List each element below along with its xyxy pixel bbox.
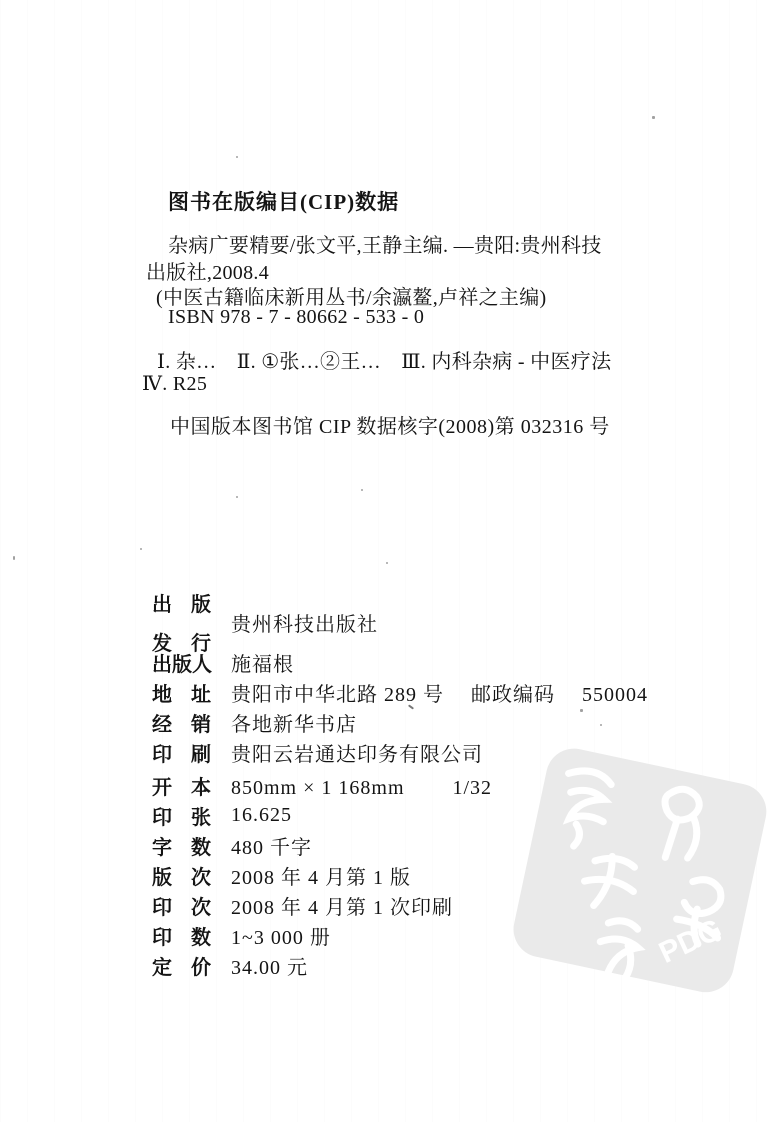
colophon-row: 印数1~3 000 册 <box>152 921 331 950</box>
colophon-label: 出版人 <box>152 648 211 677</box>
colophon-value: 1~3 000 册 <box>231 921 331 950</box>
publisher-labels: 出 版 发 行 <box>152 588 211 656</box>
scan-speck <box>580 709 583 712</box>
colophon-value: 16.625 <box>231 804 292 827</box>
label-char: 印 <box>152 891 172 920</box>
label-char: 地 <box>152 678 172 707</box>
scan-speck <box>652 116 655 119</box>
scan-speck <box>600 724 602 726</box>
colophon-label: 印张 <box>152 801 211 830</box>
label-char: 定 <box>152 951 172 980</box>
colophon-value: 850mm × 1 168mm 1/32 <box>231 771 492 800</box>
colophon-value: 34.00 元 <box>231 951 308 980</box>
pdg-watermark-text: PDG <box>654 913 727 970</box>
seal-glyphs <box>529 765 746 995</box>
label-char: 址 <box>191 678 211 707</box>
pdg-seal-watermark: PDG <box>498 742 771 1004</box>
label-char: 经 <box>152 708 172 737</box>
label-char: 张 <box>191 801 211 830</box>
label-char: 本 <box>191 771 211 800</box>
label-char: 版 <box>172 648 192 677</box>
label-char: 销 <box>191 708 211 737</box>
colophon-row: 出版人施福根 <box>152 648 294 677</box>
label-char: 价 <box>191 951 211 980</box>
label-char: 人 <box>192 648 212 677</box>
isbn-line: ISBN 978 - 7 - 80662 - 533 - 0 <box>168 306 424 329</box>
label-char: 出 <box>152 588 172 617</box>
colophon-label: 印次 <box>152 891 211 920</box>
label-char: 数 <box>191 921 211 950</box>
colophon-value: 480 千字 <box>231 831 312 860</box>
colophon-label: 印数 <box>152 921 211 950</box>
colophon-row: 地址贵阳市中华北路 289 号 邮政编码 550004 <box>152 678 648 707</box>
label-char: 次 <box>191 891 211 920</box>
label-char: 版 <box>191 588 211 617</box>
label-char: 开 <box>152 771 172 800</box>
seal-background <box>508 743 771 997</box>
colophon-label: 定价 <box>152 951 211 980</box>
scan-speck <box>361 489 363 491</box>
colophon-label: 字数 <box>152 831 211 860</box>
colophon-value: 贵阳云岩通达印务有限公司 <box>231 738 483 767</box>
scan-speck <box>140 548 142 550</box>
colophon-value: 2008 年 4 月第 1 版 <box>231 861 411 890</box>
label-char: 刷 <box>191 738 211 767</box>
colophon-row: 经销各地新华书店 <box>152 708 357 737</box>
colophon-label: 地址 <box>152 678 211 707</box>
label-char: 印 <box>152 921 172 950</box>
label-char: 印 <box>152 738 172 767</box>
colophon-label: 版次 <box>152 861 211 890</box>
cip-entry-line1: 杂病广要精要/张文平,王静主编. —贵阳:贵州科技 <box>168 229 602 258</box>
scan-speck <box>386 562 388 564</box>
label-char: 版 <box>152 861 172 890</box>
colophon-value: 各地新华书店 <box>231 708 357 737</box>
scan-speck <box>236 496 238 498</box>
colophon-row: 版次2008 年 4 月第 1 版 <box>152 861 411 890</box>
cip-header: 图书在版编目(CIP)数据 <box>168 186 399 216</box>
label-char: 字 <box>152 831 172 860</box>
colophon-label: 印刷 <box>152 738 211 767</box>
colophon-row: 印次2008 年 4 月第 1 次印刷 <box>152 891 453 920</box>
colophon-row: 印刷贵阳云岩通达印务有限公司 <box>152 738 483 767</box>
classification-line1: Ⅰ. 杂… Ⅱ. ①张…②王… Ⅲ. 内科杂病 - 中医疗法 <box>157 345 611 374</box>
colophon-value: 贵阳市中华北路 289 号 邮政编码 550004 <box>231 678 648 707</box>
colophon-row: 定价34.00 元 <box>152 951 308 980</box>
scan-speck <box>13 556 15 560</box>
book-copyright-page: 图书在版编目(CIP)数据 杂病广要精要/张文平,王静主编. —贵阳:贵州科技 … <box>0 0 771 1122</box>
colophon-row: 字数480 千字 <box>152 831 312 860</box>
label-char: 出 <box>152 648 172 677</box>
colophon-label: 开本 <box>152 771 211 800</box>
label-char: 次 <box>191 861 211 890</box>
colophon-label: 经销 <box>152 708 211 737</box>
colophon-label-publish: 出 版 <box>152 588 211 617</box>
colophon-value: 施福根 <box>231 648 294 677</box>
classification-line2: Ⅳ. R25 <box>142 371 207 396</box>
colophon-row-publisher: 出 版 发 行 贵州科技出版社 <box>152 588 378 656</box>
colophon-row: 印张16.625 <box>152 801 292 830</box>
label-char: 数 <box>191 831 211 860</box>
publisher-name: 贵州科技出版社 <box>231 608 378 637</box>
cip-record-number: 中国版本图书馆 CIP 数据核字(2008)第 032316 号 <box>170 410 610 439</box>
colophon-value: 2008 年 4 月第 1 次印刷 <box>231 891 453 920</box>
colophon-row: 开本850mm × 1 168mm 1/32 <box>152 771 492 800</box>
label-char: 印 <box>152 801 172 830</box>
scan-speck <box>236 156 238 158</box>
